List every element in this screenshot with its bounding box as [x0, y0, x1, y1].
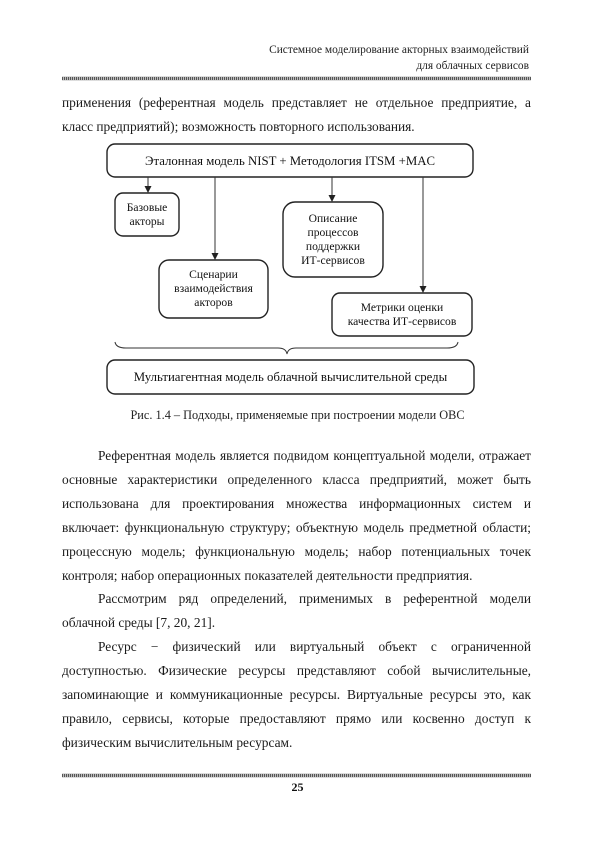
figure-caption: Рис. 1.4 – Подходы, применяемые при пост…	[0, 408, 595, 423]
paragraph: Рассмотрим ряд определений, применимых в…	[62, 587, 531, 635]
arrowhead-basic-actors	[145, 186, 152, 193]
curly-brace	[115, 342, 458, 354]
arrowhead-scenarios	[212, 253, 219, 260]
bottom-box: Мультиагентная модель облачной вычислите…	[107, 360, 474, 394]
process-description-box: Описание процессов поддержки ИТ-сервисов	[283, 202, 383, 277]
metrics-box: Метрики оценки качества ИТ-сервисов	[332, 293, 472, 336]
scenarios-label: Сценарии взаимодействия акторов	[167, 268, 260, 310]
basic-actors-box: Базовые акторы	[115, 193, 179, 236]
paragraph: Референтная модель является подвидом кон…	[62, 444, 531, 587]
scenarios-box: Сценарии взаимодействия акторов	[159, 260, 268, 318]
top-box: Эталонная модель NIST + Методология ITSM…	[107, 144, 473, 177]
main-text: Референтная модель является подвидом кон…	[62, 444, 531, 755]
page-number: 25	[0, 780, 595, 795]
arrowhead-metrics	[420, 286, 427, 293]
arrowhead-process-description	[329, 195, 336, 202]
process-description-label: Описание процессов поддержки ИТ-сервисов	[295, 212, 371, 268]
top-box-label: Эталонная модель NIST + Методология ITSM…	[145, 154, 435, 168]
footer-rule	[62, 773, 531, 778]
bottom-box-label: Мультиагентная модель облачной вычислите…	[134, 370, 448, 384]
paragraph: Ресурс − физический или виртуальный объе…	[62, 635, 531, 755]
basic-actors-label: Базовые акторы	[121, 201, 173, 229]
metrics-label: Метрики оценки качества ИТ-сервисов	[346, 301, 458, 329]
